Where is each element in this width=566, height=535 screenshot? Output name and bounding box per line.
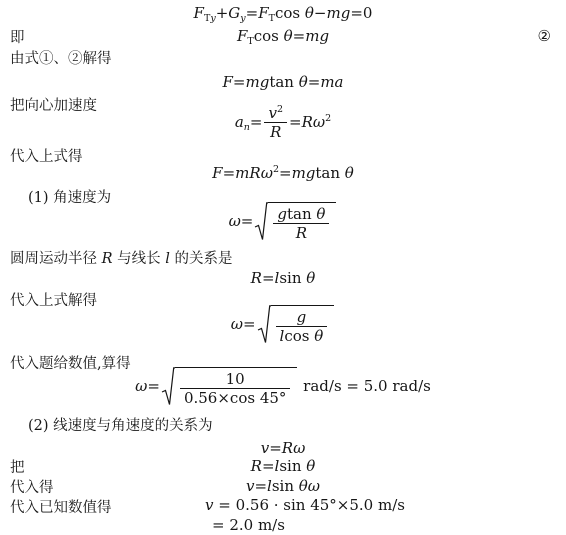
formula-segment: F: [222, 73, 232, 91]
fraction-denominator: R: [264, 122, 287, 141]
formula-segment: =: [279, 164, 292, 182]
equation-r-lsin-2: R=lsin θ: [251, 457, 316, 475]
formula-segment: 2: [325, 113, 331, 124]
equation-row-4: an=v2R=Rω2: [0, 104, 566, 141]
formula-segment: sin: [279, 269, 306, 287]
formula-segment: R: [251, 269, 262, 287]
label-from-eqs: 由式①、②解得: [10, 47, 112, 68]
formula-segment: θ: [314, 327, 323, 345]
formula-segment: 2: [277, 104, 283, 115]
formula-segment: ω: [135, 377, 147, 395]
equation-r-lsin: R=lsin θ: [251, 269, 316, 287]
formula-segment: =: [262, 457, 275, 475]
radicand: 100.56×cos 45°: [175, 367, 297, 407]
formula-segment: tan: [269, 73, 298, 91]
radicand: glcos θ: [271, 305, 335, 345]
formula-segment: θ: [284, 27, 293, 45]
formula-segment: = 0.56 · sin 45°×5.0 m/s: [213, 496, 404, 514]
equation-omega-sqrt-g-lcos: ω=glcos θ: [231, 315, 336, 333]
fraction: gtan θR: [273, 205, 329, 242]
formula-segment: R: [102, 251, 113, 267]
formula-segment: cos: [284, 327, 314, 345]
formula-segment: ω: [313, 113, 325, 131]
radical-sign-icon: [257, 305, 271, 345]
label-ji: 即: [10, 26, 25, 47]
formula-segment: mg: [326, 4, 350, 22]
formula-segment: =: [233, 73, 246, 91]
radical-sign-icon: [161, 367, 175, 407]
formula-segment: mg: [292, 164, 316, 182]
formula-segment: +: [216, 4, 229, 22]
fraction: glcos θ: [276, 308, 328, 345]
formula-segment: cos: [254, 27, 284, 45]
equation-row-5: F=mRω2=mgtan θ: [0, 163, 566, 182]
label-item2: (2) 线速度与角速度的关系为: [28, 414, 213, 435]
formula-segment: =: [308, 73, 321, 91]
equation-row-11: 把 R=lsin θ: [0, 456, 566, 475]
label-sub-get: 代入得: [10, 476, 54, 497]
equation-v-numeric: v = 0.56 · sin 45°×5.0 m/s: [205, 496, 405, 514]
equation-center-wrap: R=lsin θ: [0, 456, 566, 475]
radical-sign-icon: [254, 202, 268, 242]
formula-segment: = 2.0 m/s: [212, 516, 285, 534]
formula-segment: =: [350, 4, 363, 22]
formula-segment: R: [296, 224, 307, 242]
radicand: gtan θR: [268, 202, 336, 242]
formula-segment: g: [297, 308, 307, 326]
formula-segment: mg: [305, 27, 329, 45]
formula-segment: =: [246, 4, 259, 22]
equation-omega-numeric: ω=100.56×cos 45° rad/s = 5.0 rad/s: [135, 377, 431, 395]
formula-segment: 圆周运动半径: [10, 251, 102, 267]
equation-row-2: 即 FTcos θ=mg ②: [0, 26, 566, 47]
equation-row-6: ω=gtan θR: [0, 202, 566, 242]
formula-segment: =: [254, 477, 267, 495]
fraction-numerator: g: [276, 308, 328, 326]
formula-segment: mg: [245, 73, 269, 91]
formula-segment: =: [289, 113, 302, 131]
formula-segment: R: [251, 457, 262, 475]
equation-result: = 2.0 m/s: [212, 516, 285, 534]
label-sub-known: 代入已知数值得: [10, 496, 112, 517]
formula-segment: R: [270, 123, 281, 141]
equation-row-8: ω=glcos θ: [0, 305, 566, 345]
formula-segment: ma: [320, 73, 343, 91]
formula-segment: 10: [226, 370, 245, 388]
formula-segment: tan: [315, 164, 344, 182]
formula-segment: mR: [235, 164, 261, 182]
formula-segment: =: [243, 315, 256, 333]
label-ba: 把: [10, 456, 25, 477]
equation-v-romega: v=Rω: [261, 439, 306, 457]
formula-segment: ω: [261, 164, 273, 182]
formula-segment: cos: [275, 4, 305, 22]
fraction: 100.56×cos 45°: [180, 370, 290, 407]
equation-omega-sqrt-gtan: ω=gtan θR: [229, 212, 338, 230]
fraction-numerator: v2: [264, 104, 287, 122]
formula-segment: F: [258, 4, 268, 22]
fraction-denominator: lcos θ: [276, 326, 328, 345]
formula-segment: =: [250, 113, 263, 131]
fraction: v2R: [264, 104, 287, 141]
label-radius-relation: 圆周运动半径 R 与线长 l 的关系是: [10, 247, 233, 268]
formula-segment: R: [282, 439, 293, 457]
equation-an-v2r: an=v2R=Rω2: [235, 113, 331, 131]
formula-segment: rad/s = 5.0 rad/s: [298, 377, 430, 395]
equation-center-wrap: v=lsin θω: [0, 476, 566, 495]
formula-segment: =: [147, 377, 160, 395]
equation-center-wrap: FTcos θ=mg: [0, 26, 566, 47]
formula-segment: =: [223, 164, 236, 182]
fraction-denominator: 0.56×cos 45°: [180, 388, 290, 407]
formula-segment: v: [261, 439, 269, 457]
formula-segment: F: [237, 27, 247, 45]
equation-number-2: ②: [538, 27, 551, 45]
formula-segment: −: [314, 4, 327, 22]
square-root: glcos θ: [257, 305, 335, 345]
formula-segment: =: [262, 269, 275, 287]
formula-segment: 的关系是: [170, 251, 233, 267]
formula-segment: F: [194, 4, 204, 22]
equation-v-lsin-omega: v=lsin θω: [246, 477, 320, 495]
equation-row-12: 代入得 v=lsin θω: [0, 476, 566, 495]
formula-segment: =: [241, 212, 254, 230]
formula-segment: θ: [306, 457, 315, 475]
formula-segment: ω: [229, 212, 241, 230]
equation-row-9: ω=100.56×cos 45° rad/s = 5.0 rad/s: [0, 367, 566, 407]
square-root: 100.56×cos 45°: [161, 367, 297, 407]
formula-segment: F: [212, 164, 222, 182]
fraction-numerator: gtan θ: [273, 205, 329, 223]
equation-row-7: R=lsin θ: [0, 268, 566, 287]
formula-segment: sin: [272, 477, 299, 495]
formula-segment: =: [269, 439, 282, 457]
formula-segment: =: [293, 27, 306, 45]
equation-fty-gy: FTy+Gy=FTcos θ−mg=0: [194, 4, 373, 22]
formula-segment: θω: [299, 477, 320, 495]
fraction-denominator: R: [273, 223, 329, 242]
formula-segment: G: [228, 4, 240, 22]
formula-segment: tan: [287, 205, 316, 223]
equation-row-1: FTy+Gy=FTcos θ−mg=0: [0, 3, 566, 24]
equation-ftcos-mg: FTcos θ=mg: [237, 27, 329, 45]
document-page: FTy+Gy=FTcos θ−mg=0 即 FTcos θ=mg ② 由式①、②…: [0, 0, 566, 535]
formula-segment: ω: [293, 439, 305, 457]
formula-segment: v: [268, 104, 276, 122]
formula-segment: θ: [299, 73, 308, 91]
formula-segment: R: [302, 113, 313, 131]
equation-row-3: F=mgtan θ=ma: [0, 72, 566, 91]
formula-segment: g: [277, 205, 287, 223]
formula-segment: 与线长: [113, 251, 166, 267]
formula-segment: ω: [231, 315, 243, 333]
formula-segment: a: [235, 113, 244, 131]
fraction-numerator: 10: [180, 370, 290, 388]
square-root: gtan θR: [254, 202, 336, 242]
equation-f-mromega2: F=mRω2=mgtan θ: [212, 164, 354, 182]
formula-segment: sin: [279, 457, 306, 475]
equation-f-mgtan: F=mgtan θ=ma: [222, 73, 343, 91]
formula-segment: θ: [306, 269, 315, 287]
formula-segment: θ: [345, 164, 354, 182]
equation-row-10: v=Rω: [0, 438, 566, 457]
formula-segment: θ: [316, 205, 325, 223]
formula-segment: 0: [363, 4, 373, 22]
formula-segment: θ: [305, 4, 314, 22]
formula-segment: 0.56×cos 45°: [184, 389, 286, 407]
